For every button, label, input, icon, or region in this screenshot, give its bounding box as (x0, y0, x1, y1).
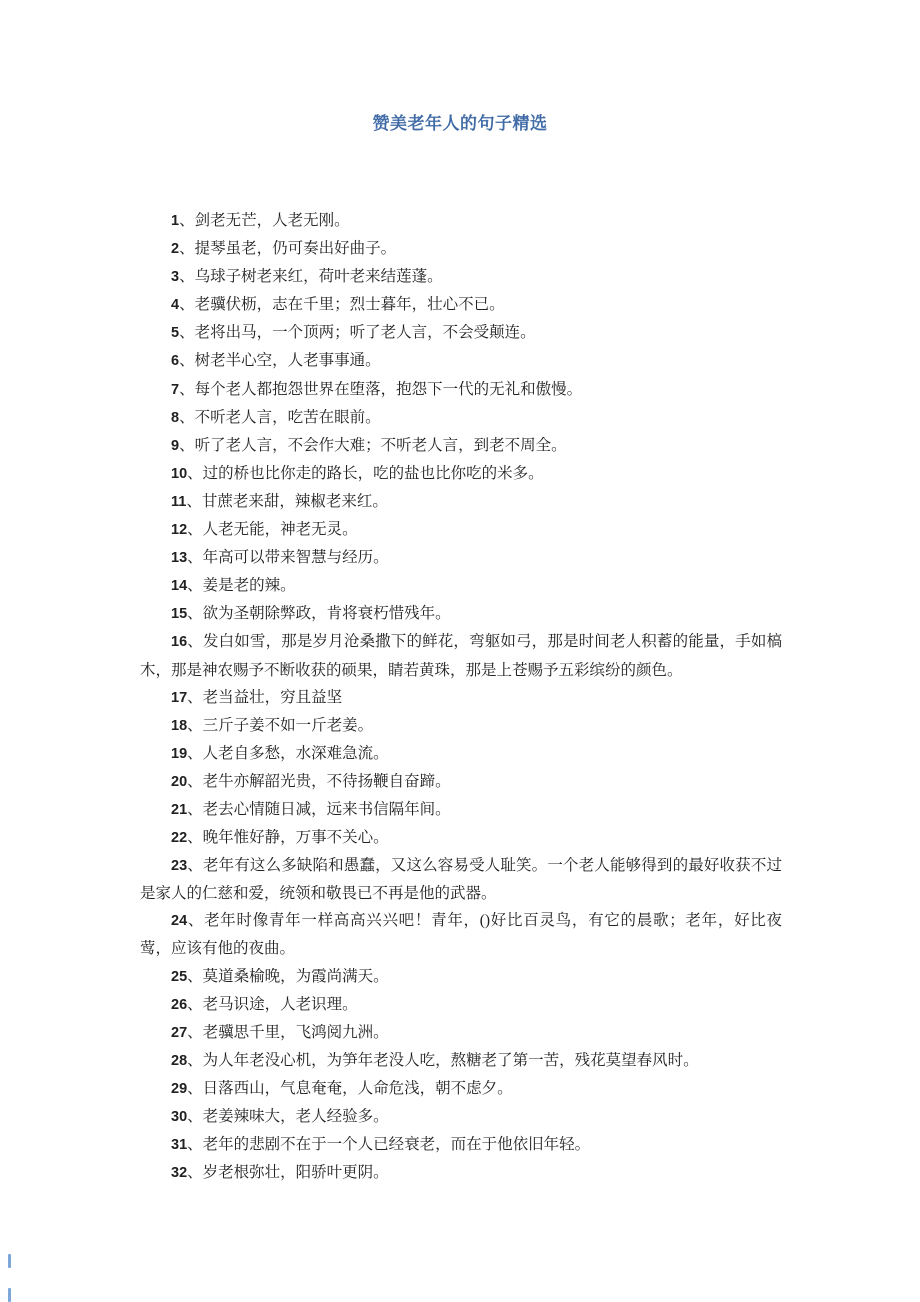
list-item-number: 30 (171, 1109, 187, 1125)
list-item-text: 、甘蔗老来甜，辣椒老来红。 (186, 493, 388, 510)
list-item-text: 、老去心情随日减，远来书信隔年间。 (187, 801, 451, 818)
list-item: 8、不听老人言，吃苦在眼前。 (140, 404, 782, 432)
list-item: 24、老年时像青年一样高高兴兴吧！青年，()好比百灵鸟，有它的晨歌；老年，好比夜… (140, 907, 782, 962)
list-item: 31、老年的悲剧不在于一个人已经衰老，而在于他依旧年轻。 (140, 1131, 782, 1159)
list-item: 21、老去心情随日减，远来书信隔年间。 (140, 796, 782, 824)
list-item-text: 、老牛亦解韶光贵，不待扬鞭自奋蹄。 (187, 773, 451, 790)
list-item-number: 21 (171, 802, 187, 818)
list-item-text: 、不听老人言，吃苦在眼前。 (179, 409, 381, 426)
list-item-text: 、老年有这么多缺陷和愚蠢，又这么容易受人耻笑。一个老人能够得到的最好收获不过是家… (140, 857, 782, 902)
list-item-number: 6 (171, 353, 179, 369)
list-item-number: 9 (171, 438, 179, 454)
list-item-number: 17 (171, 690, 187, 706)
list-item-number: 12 (171, 522, 187, 538)
list-item: 26、老马识途，人老识理。 (140, 991, 782, 1019)
list-item: 12、人老无能，神老无灵。 (140, 516, 782, 544)
list-item-number: 26 (171, 997, 187, 1013)
list-item-number: 2 (171, 241, 179, 257)
list-item-text: 、人老无能，神老无灵。 (187, 521, 358, 538)
list-item-number: 3 (171, 269, 179, 285)
list-item-number: 29 (171, 1081, 187, 1097)
list-item-number: 32 (171, 1165, 187, 1181)
list-item-text: 、莫道桑榆晚，为霞尚满天。 (187, 968, 389, 985)
list-item: 13、年高可以带来智慧与经历。 (140, 544, 782, 572)
list-item-text: 、听了老人言，不会作大难；不听老人言，到老不周全。 (179, 437, 567, 454)
list-item-number: 11 (171, 494, 186, 510)
list-item-number: 25 (171, 969, 187, 985)
list-item-number: 23 (171, 858, 187, 874)
list-item: 23、老年有这么多缺陷和愚蠢，又这么容易受人耻笑。一个老人能够得到的最好收获不过… (140, 852, 782, 907)
list-item-number: 28 (171, 1053, 187, 1069)
list-item-number: 7 (171, 382, 179, 398)
list-item: 3、乌球子树老来红，荷叶老来结莲蓬。 (140, 263, 782, 291)
list-item: 1、剑老无芒，人老无刚。 (140, 207, 782, 235)
list-item-text: 、老骥思千里，飞鸿阅九洲。 (187, 1024, 389, 1041)
list-item-number: 20 (171, 774, 187, 790)
list-item: 15、欲为圣朝除弊政，肯将衰朽惜残年。 (140, 600, 782, 628)
page-title: 赞美老年人的句子精选 (0, 109, 920, 134)
list-item: 20、老牛亦解韶光贵，不待扬鞭自奋蹄。 (140, 768, 782, 796)
list-item: 10、过的桥也比你走的路长，吃的盐也比你吃的米多。 (140, 460, 782, 488)
list-item-text: 、老骥伏枥，志在千里；烈士暮年，壮心不已。 (179, 296, 505, 313)
list-item: 19、人老自多愁，水深难急流。 (140, 740, 782, 768)
list-item-text: 、欲为圣朝除弊政，肯将衰朽惜残年。 (187, 605, 451, 622)
list-item-text: 、提琴虽老，仍可奏出好曲子。 (179, 240, 396, 257)
list-item-text: 、老年时像青年一样高高兴兴吧！青年，()好比百灵鸟，有它的晨歌；老年，好比夜莺，… (140, 912, 782, 957)
list-item-text: 、岁老根弥壮，阳骄叶更阴。 (187, 1164, 389, 1181)
list-item-text: 、老当益壮，穷且益坚 (187, 689, 342, 706)
list-item-text: 、每个老人都抱怨世界在堕落，抱怨下一代的无礼和傲慢。 (179, 381, 582, 398)
list-item: 25、莫道桑榆晚，为霞尚满天。 (140, 963, 782, 991)
list-item-number: 8 (171, 410, 179, 426)
list-item-text: 、剑老无芒，人老无刚。 (179, 212, 350, 229)
list-item: 30、老姜辣味大，老人经验多。 (140, 1103, 782, 1131)
list-item-number: 31 (171, 1137, 187, 1153)
list-item-number: 5 (171, 325, 179, 341)
list-item: 11、甘蔗老来甜，辣椒老来红。 (140, 488, 782, 516)
list-item-text: 、乌球子树老来红，荷叶老来结莲蓬。 (179, 268, 443, 285)
document-page: 赞美老年人的句子精选 1、剑老无芒，人老无刚。2、提琴虽老，仍可奏出好曲子。3、… (0, 0, 920, 1302)
list-item-text: 、人老自多愁，水深难急流。 (187, 745, 389, 762)
list-item: 16、发白如雪，那是岁月沧桑撒下的鲜花，弯躯如弓，那是时间老人积蓄的能量，手如槁… (140, 628, 782, 683)
list-item-number: 14 (171, 578, 187, 594)
sentence-list: 1、剑老无芒，人老无刚。2、提琴虽老，仍可奏出好曲子。3、乌球子树老来红，荷叶老… (140, 207, 782, 1187)
list-item-text: 、年高可以带来智慧与经历。 (187, 549, 389, 566)
list-item-text: 、老年的悲剧不在于一个人已经衰老，而在于他依旧年轻。 (187, 1136, 590, 1153)
list-item-number: 13 (171, 550, 187, 566)
list-item-text: 、树老半心空，人老事事通。 (179, 352, 381, 369)
list-item-number: 15 (171, 606, 187, 622)
edge-mark-icon (8, 1288, 11, 1302)
list-item: 9、听了老人言，不会作大难；不听老人言，到老不周全。 (140, 432, 782, 460)
list-item-text: 、老马识途，人老识理。 (187, 996, 358, 1013)
list-item: 5、老将出马，一个顶两；听了老人言，不会受颠连。 (140, 319, 782, 347)
list-item-text: 、过的桥也比你走的路长，吃的盐也比你吃的米多。 (187, 465, 544, 482)
list-item-text: 、三斤子姜不如一斤老姜。 (187, 717, 373, 734)
list-item-text: 、老姜辣味大，老人经验多。 (187, 1108, 389, 1125)
edge-mark-icon (8, 1254, 11, 1268)
list-item: 7、每个老人都抱怨世界在堕落，抱怨下一代的无礼和傲慢。 (140, 376, 782, 404)
list-item: 18、三斤子姜不如一斤老姜。 (140, 712, 782, 740)
list-item-text: 、老将出马，一个顶两；听了老人言，不会受颠连。 (179, 324, 536, 341)
list-item: 32、岁老根弥壮，阳骄叶更阴。 (140, 1159, 782, 1187)
list-item-text: 、晚年惟好静，万事不关心。 (187, 829, 389, 846)
list-item-text: 、发白如雪，那是岁月沧桑撒下的鲜花，弯躯如弓，那是时间老人积蓄的能量，手如槁木，… (140, 633, 782, 678)
list-item-number: 10 (171, 466, 187, 482)
list-item: 6、树老半心空，人老事事通。 (140, 347, 782, 375)
list-item: 4、老骥伏枥，志在千里；烈士暮年，壮心不已。 (140, 291, 782, 319)
list-item-number: 1 (171, 213, 179, 229)
list-item: 2、提琴虽老，仍可奏出好曲子。 (140, 235, 782, 263)
list-item: 27、老骥思千里，飞鸿阅九洲。 (140, 1019, 782, 1047)
list-item-number: 27 (171, 1025, 187, 1041)
list-item: 28、为人年老没心机，为笋年老没人吃，熬糖老了第一苦，残花莫望春风时。 (140, 1047, 782, 1075)
list-item: 14、姜是老的辣。 (140, 572, 782, 600)
list-item: 29、日落西山，气息奄奄，人命危浅，朝不虑夕。 (140, 1075, 782, 1103)
list-item-text: 、日落西山，气息奄奄，人命危浅，朝不虑夕。 (187, 1080, 513, 1097)
list-item: 22、晚年惟好静，万事不关心。 (140, 824, 782, 852)
list-item-number: 4 (171, 297, 179, 313)
list-item-number: 22 (171, 830, 187, 846)
list-item-number: 16 (171, 634, 187, 650)
list-item-text: 、姜是老的辣。 (187, 577, 296, 594)
list-item-number: 18 (171, 718, 187, 734)
list-item-text: 、为人年老没心机，为笋年老没人吃，熬糖老了第一苦，残花莫望春风时。 (187, 1052, 699, 1069)
list-item-number: 19 (171, 746, 187, 762)
list-item: 17、老当益壮，穷且益坚 (140, 684, 782, 712)
list-item-number: 24 (171, 913, 187, 929)
